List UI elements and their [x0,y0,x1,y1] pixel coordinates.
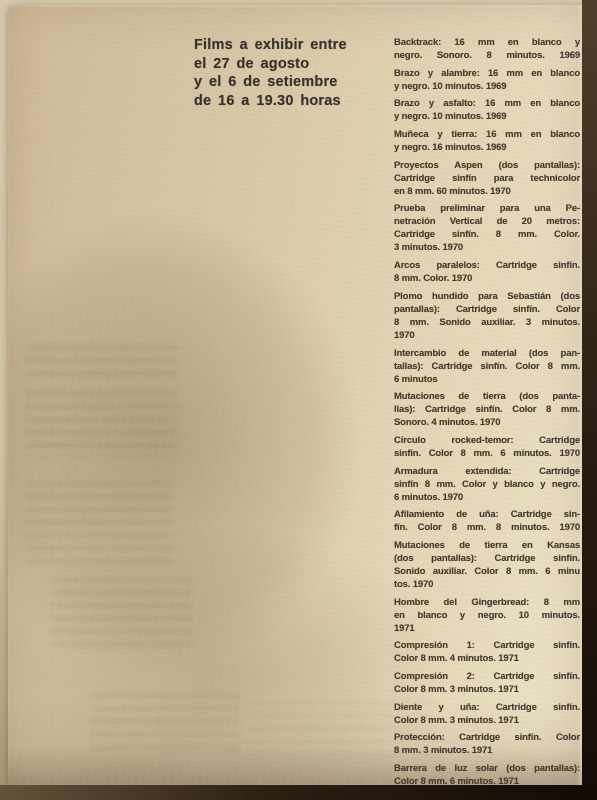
film-entry: Mutaciones de tierra en Kansas(dos panta… [394,539,580,591]
film-entry: Muñeca y tierra: 16 mm en blancoy negro.… [394,128,580,154]
film-entry: Mutaciones de tierra (dos panta-llas): C… [394,390,580,429]
film-line: Afilamiento de uña: Cartridge sin- [394,508,580,521]
film-line: Arcos paralelos: Cartridge sinfín. [394,259,580,272]
film-line: Color 8 mm. 4 minutos. 1971 [394,652,580,665]
film-entry: Hombre del Gingerbread: 8 mmen blanco y … [394,596,580,635]
header-line: de 16 a 19.30 horas [194,92,394,111]
film-line: Armadura extendida: Cartridge [394,465,580,478]
film-line: en blanco y negro. 10 minutos. [394,609,580,622]
film-line: y negro. 10 minutos. 1969 [394,80,580,93]
film-line: Diente y uña: Cartridge sinfín. [394,701,580,714]
film-line: fín. Color 8 mm. 8 minutos. 1970 [394,521,580,534]
film-line: en 8 mm. 60 minutos. 1970 [394,185,580,198]
film-entry: Arcos paralelos: Cartridge sinfín.8 mm. … [394,259,580,285]
film-line: Prueba preliminar para una Pe- [394,202,580,215]
film-entry: Círculo rocked-temor: Cartridgesinfín. C… [394,434,580,460]
film-line: Color 8 mm. 3 minutos. 1971 [394,714,580,727]
film-line: sinfín. Color 8 mm. 6 minutos. 1970 [394,447,580,460]
film-list: Backtrack: 16 mm en blanco ynegro. Sonor… [394,36,580,793]
film-line: Brazo y asfalto: 16 mm en blanco [394,97,580,110]
paper-page: Films a exhibir entre el 27 de agosto y … [8,5,582,786]
film-entry: Protección: Cartridge sinfín. Color8 mm.… [394,731,580,757]
film-line: Compresión 2: Cartridge sinfín. [394,670,580,683]
film-line: Sonoro. 4 minutos. 1970 [394,416,580,429]
film-line: 8 mm. Color. 1970 [394,272,580,285]
film-line: Mutaciones de tierra (dos panta- [394,390,580,403]
film-entry: Compresión 1: Cartridge sinfín.Color 8 m… [394,639,580,665]
film-line: pantallas): Cartridge sinfín. Color [394,303,580,316]
film-line: 6 minutos [394,373,580,386]
film-line: Color 8 mm. 3 minutos. 1971 [394,683,580,696]
film-entry: Compresión 2: Cartridge sinfín.Color 8 m… [394,670,580,696]
film-line: Barrera de luz solar (dos pantallas): [394,762,580,775]
film-line: Muñeca y tierra: 16 mm en blanco [394,128,580,141]
film-entry: Backtrack: 16 mm en blanco ynegro. Sonor… [394,36,580,62]
film-line: 8 mm. 3 minutos. 1971 [394,744,580,757]
film-entry: Brazo y asfalto: 16 mm en blancoy negro.… [394,97,580,123]
film-entry: Diente y uña: Cartridge sinfín.Color 8 m… [394,701,580,727]
film-entry: Proyectos Aspen (dos pantallas):Cartridg… [394,159,580,198]
film-entry: Prueba preliminar para una Pe-netración … [394,202,580,254]
film-line: llas): Cartridge sinfín. Color 8 mm. [394,403,580,416]
film-line: Hombre del Gingerbread: 8 mm [394,596,580,609]
film-entry: Afilamiento de uña: Cartridge sin-fín. C… [394,508,580,534]
bleedthrough-text-ghost [90,693,240,751]
film-line: Protección: Cartridge sinfín. Color [394,731,580,744]
film-line: Mutaciones de tierra en Kansas [394,539,580,552]
film-line: (dos pantallas): Cartridge sinfín. [394,552,580,565]
film-line: Proyectos Aspen (dos pantallas): [394,159,580,172]
film-line: y negro. 16 minutos. 1969 [394,141,580,154]
film-line: tallas): Cartridge sinfín. Color 8 mm. [394,360,580,373]
film-entry: Armadura extendida: Cartridgesinfín 8 mm… [394,465,580,504]
film-line: Compresión 1: Cartridge sinfín. [394,639,580,652]
film-line: negro. Sonoro. 8 minutos. 1969 [394,49,580,62]
bleedthrough-text-ghost [26,481,172,569]
backdrop-edge-bottom [0,785,597,800]
film-entry: Intercambio de material (dos pan-tallas)… [394,347,580,386]
bleedthrough-text-ghost [28,345,178,383]
film-line: Círculo rocked-temor: Cartridge [394,434,580,447]
film-line: netración Vertical de 20 metros: [394,215,580,228]
film-line: y negro. 10 minutos. 1969 [394,110,580,123]
film-line: 1971 [394,622,580,635]
film-line: sinfín 8 mm. Color y blanco y negro. [394,478,580,491]
header-line: Films a exhibir entre [194,36,394,55]
film-line: 3 minutos. 1970 [394,241,580,254]
film-line: 8 mm. Sonido auxiliar. 3 minutos. [394,316,580,329]
film-line: 6 minutos. 1970 [394,491,580,504]
bleedthrough-text-ghost [52,577,192,649]
film-line: Cartridge sinfín para technicolor [394,172,580,185]
film-line: Plomo hundido para Sebastián (dos [394,290,580,303]
backdrop-edge-right [582,0,597,800]
photo-backdrop: Films a exhibir entre el 27 de agosto y … [0,0,597,800]
film-line: 1970 [394,329,580,342]
film-line: Backtrack: 16 mm en blanco y [394,36,580,49]
schedule-header: Films a exhibir entre el 27 de agosto y … [194,36,394,110]
header-line: el 27 de agosto [194,55,394,74]
header-line: y el 6 de setiembre [194,73,394,92]
film-line: Sonido auxiliar. Color 8 mm. 6 minu [394,565,580,578]
film-line: tos. 1970 [394,578,580,591]
film-entry: Plomo hundido para Sebastián (dospantall… [394,290,580,342]
film-line: Cartridge sinfín. 8 mm. Color. [394,228,580,241]
film-line: Intercambio de material (dos pan- [394,347,580,360]
film-entry: Brazo y alambre: 16 mm en blancoy negro.… [394,67,580,93]
bleedthrough-text-ghost [26,391,178,457]
film-line: Brazo y alambre: 16 mm en blanco [394,67,580,80]
